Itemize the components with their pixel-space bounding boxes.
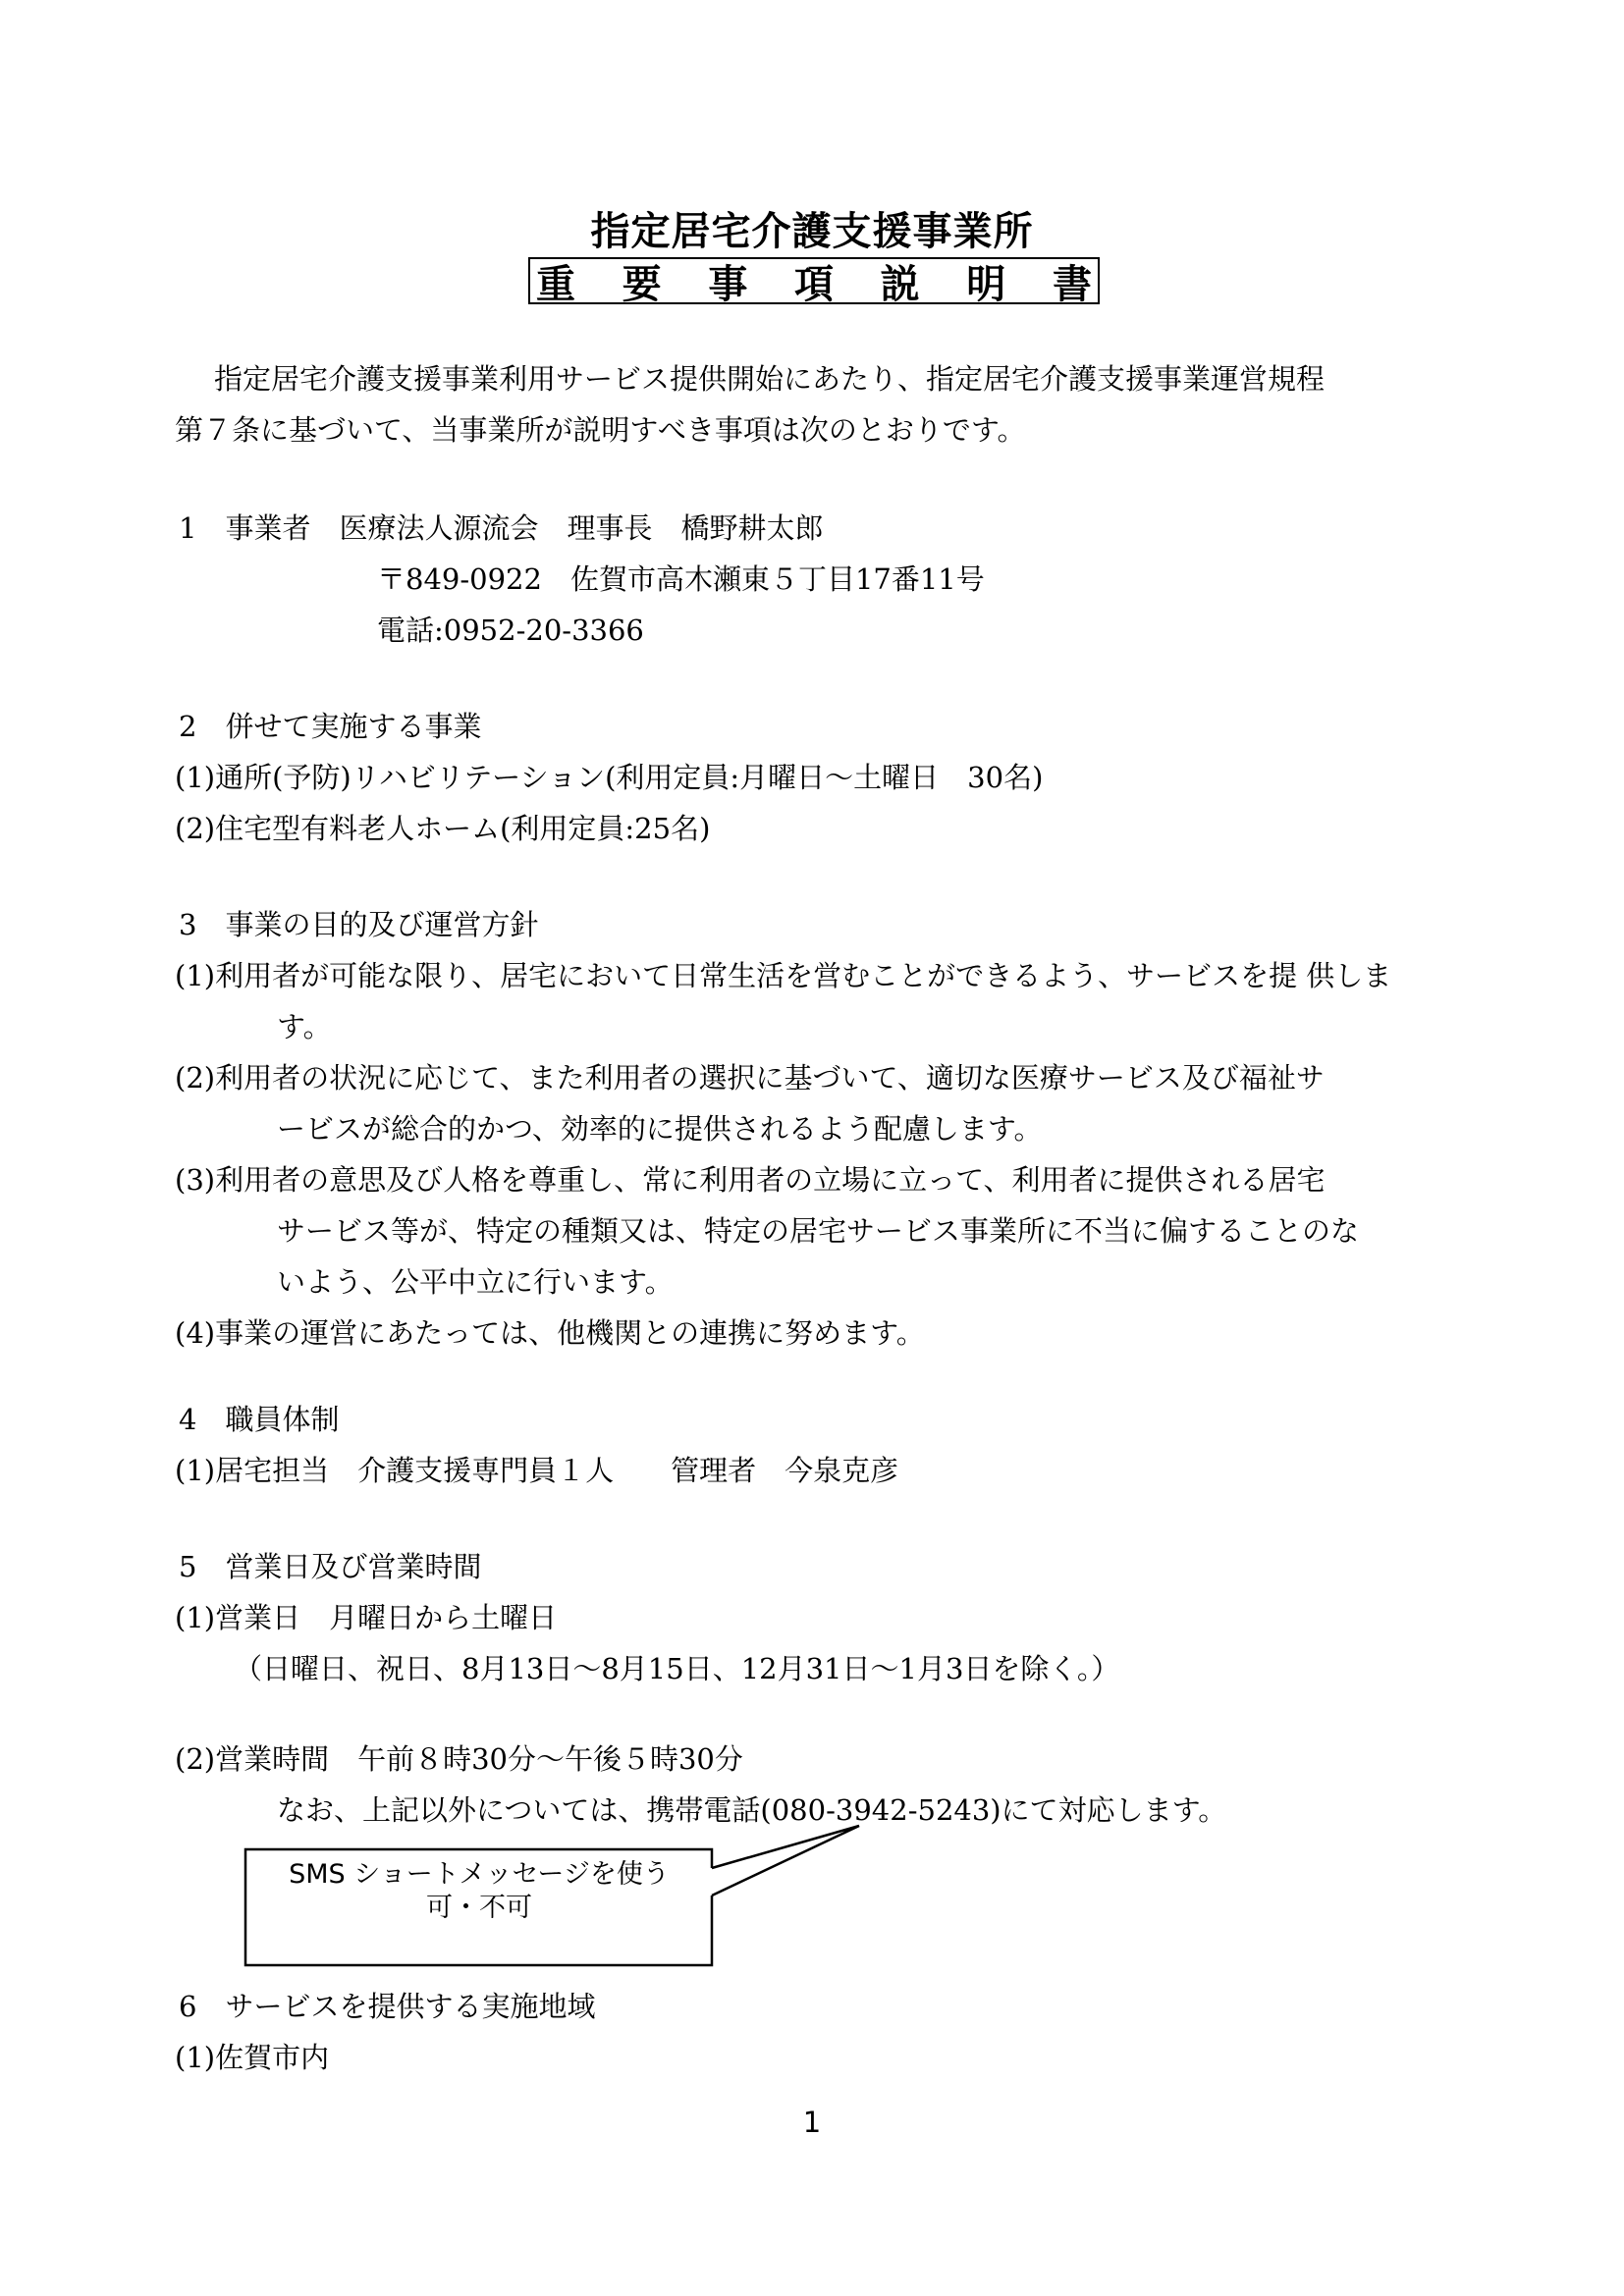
callout-balloon-shape bbox=[0, 0, 1624, 2296]
section-6-heading: 6 サービスを提供する実施地域 bbox=[179, 1989, 595, 2024]
page-number: 1 bbox=[0, 2106, 1624, 2139]
callout-sms-label: SMS ショートメッセージを使う bbox=[245, 1858, 713, 1892]
callout-sms-options: 可・不可 bbox=[245, 1892, 713, 1925]
document-page: 指定居宅介護支援事業所 重 要 事 項 説 明 書 指定居宅介護支援事業利用サー… bbox=[0, 0, 1624, 2296]
section-6-item-1: (1)佐賀市内 bbox=[175, 2040, 329, 2075]
